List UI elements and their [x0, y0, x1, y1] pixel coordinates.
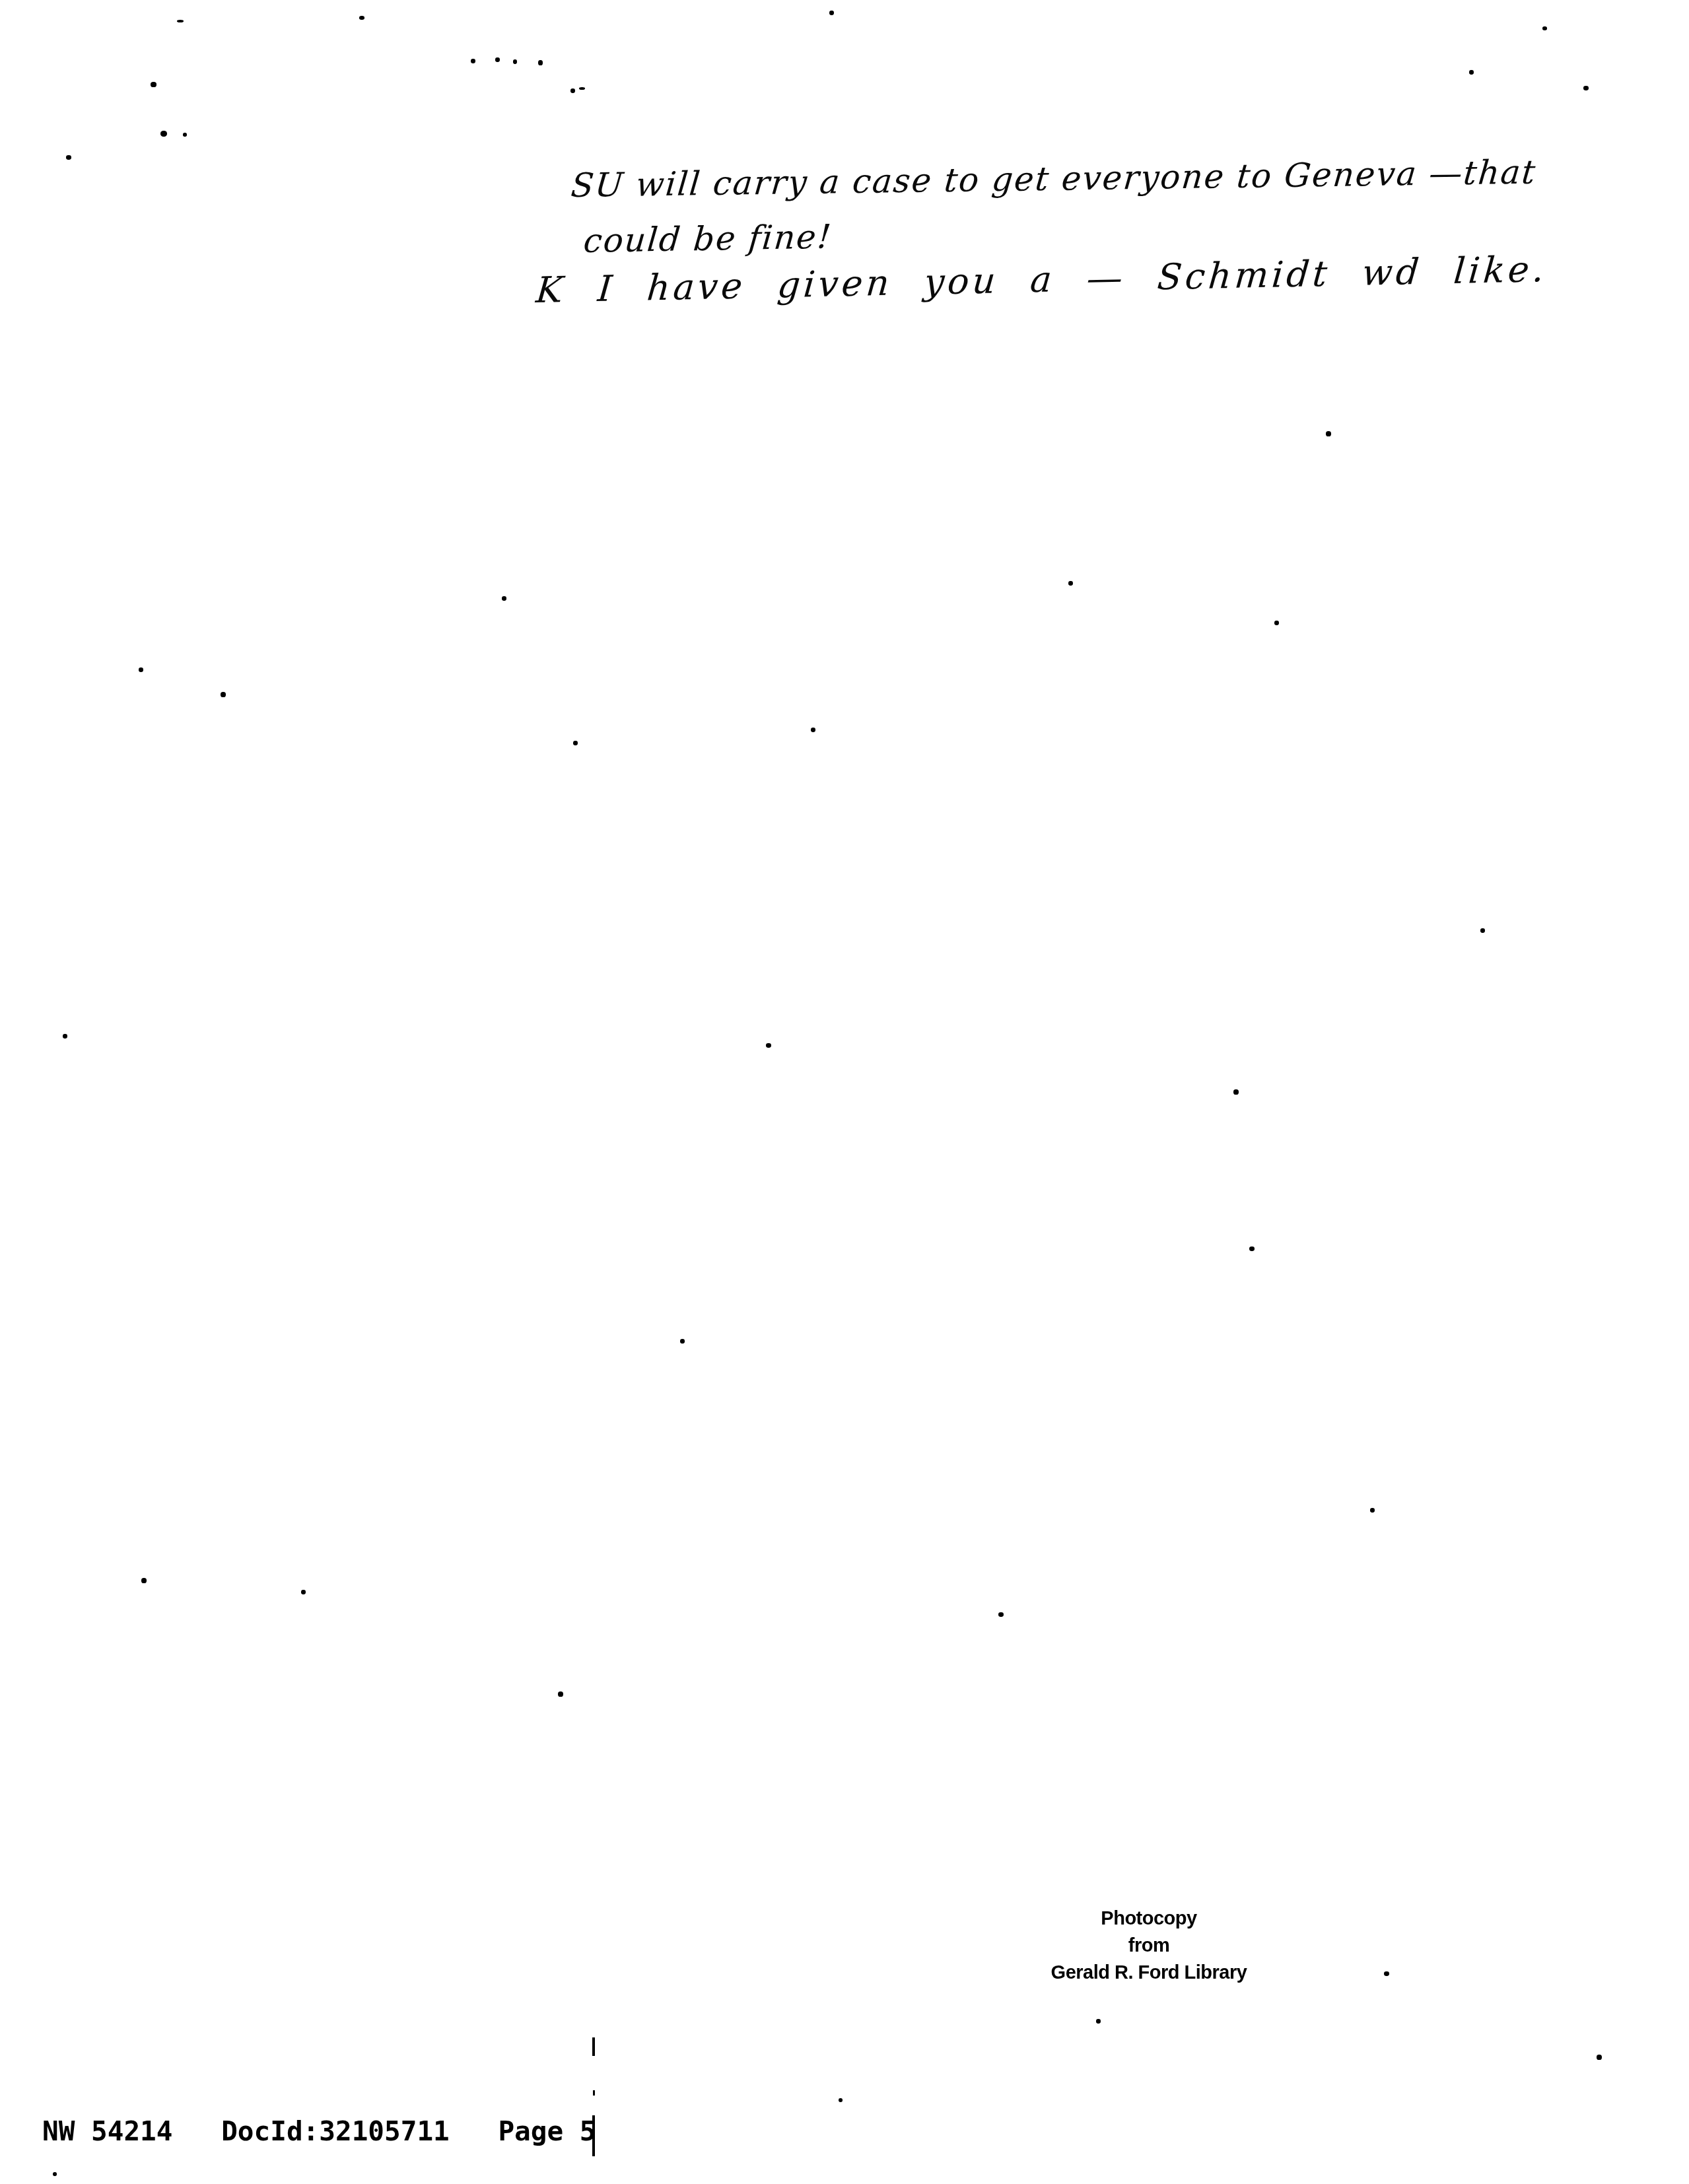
noise-speck [579, 87, 585, 90]
noise-speck [829, 11, 834, 15]
noise-speck [558, 1691, 563, 1697]
noise-speck [570, 88, 575, 93]
noise-speck [1583, 86, 1589, 90]
noise-speck [513, 59, 517, 64]
scanned-document-page: SU will carry a case to get everyone to … [0, 0, 1689, 2184]
noise-speck [1542, 26, 1547, 30]
noise-speck [301, 1590, 306, 1594]
noise-speck [1384, 1971, 1389, 1976]
footer-page-number: Page 5 [498, 2115, 596, 2147]
noise-speck [538, 60, 543, 65]
noise-speck [495, 57, 500, 62]
noise-speck [1274, 621, 1279, 625]
noise-speck [1068, 581, 1073, 586]
stamp-line-from: from [1029, 1932, 1269, 1960]
noise-speck [151, 82, 156, 87]
noise-speck [359, 16, 364, 20]
noise-speck [502, 596, 506, 601]
noise-speck [573, 741, 578, 745]
noise-speck [66, 155, 71, 160]
noise-speck [1096, 2019, 1101, 2024]
noise-speck [53, 2172, 57, 2176]
noise-speck [139, 667, 143, 672]
document-footer: NW 54214 DocId:32105711 Page 5 [42, 2115, 596, 2147]
noise-speck [1597, 2055, 1602, 2060]
noise-speck [160, 131, 167, 137]
noise-speck [998, 1612, 1004, 1617]
noise-speck [811, 728, 815, 732]
scan-line-segment [592, 2037, 595, 2056]
noise-speck [63, 1034, 67, 1039]
noise-speck [1249, 1246, 1255, 1251]
handwritten-line-2: could be fine! [582, 217, 833, 260]
noise-speck [839, 2098, 843, 2102]
scan-line-segment [593, 2090, 595, 2096]
library-stamp: Photocopy from Gerald R. Ford Library [1029, 1905, 1269, 1987]
footer-doc-id: DocId:32105711 [221, 2115, 450, 2147]
noise-speck [680, 1339, 685, 1344]
noise-speck [183, 133, 187, 137]
noise-speck [1233, 1089, 1239, 1095]
noise-speck [177, 20, 184, 22]
scan-line-segment [592, 2115, 595, 2156]
noise-speck [141, 1578, 147, 1583]
noise-speck [1480, 928, 1485, 933]
noise-speck [1326, 431, 1331, 436]
noise-speck [766, 1043, 771, 1048]
handwritten-line-1: SU will carry a case to get everyone to … [569, 153, 1538, 205]
stamp-line-photocopy: Photocopy [1029, 1905, 1269, 1932]
noise-speck [1370, 1508, 1375, 1513]
noise-speck [221, 692, 226, 697]
noise-speck [1469, 70, 1474, 75]
stamp-line-library: Gerald R. Ford Library [1029, 1960, 1269, 1987]
noise-speck [471, 59, 475, 63]
footer-nw-number: NW 54214 [42, 2115, 172, 2147]
